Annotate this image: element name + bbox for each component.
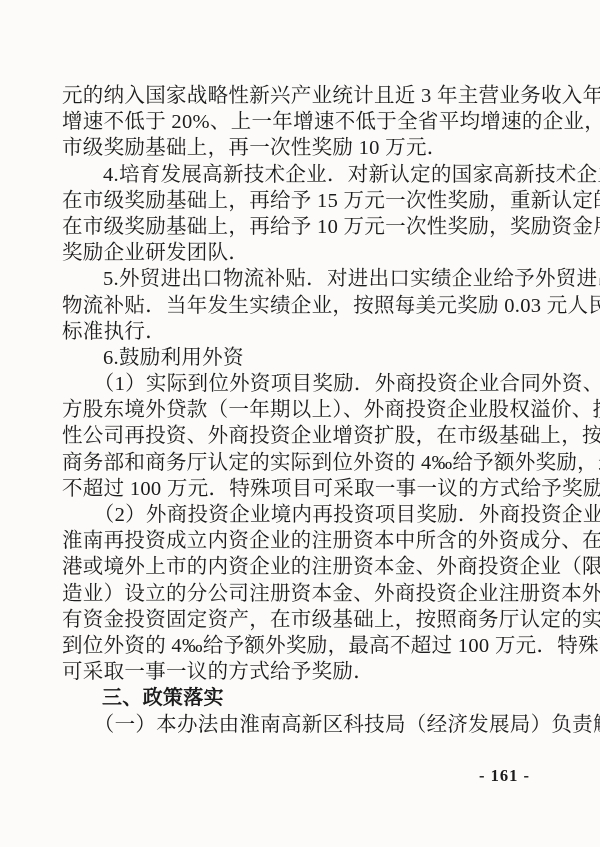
text-line: 港或境外上市的内资企业的注册资本金、外商投资企业（限制 (62, 554, 540, 580)
body-text-block: 元的纳入国家战略性新兴产业统计且近 3 年主营业务收入年均 增速不低于 20%、… (62, 83, 540, 738)
page-number: - 161 - (452, 766, 557, 786)
text-line: （2）外商投资企业境内再投资项目奖励．外商投资企业在 (62, 502, 540, 528)
text-line: 可采取一事一议的方式给予奖励． (62, 659, 540, 685)
text-line: 造业）设立的分公司注册资本金、外商投资企业注册资本外自 (62, 581, 540, 607)
text-line: 在市级奖励基础上，再给予 10 万元一次性奖励，奖励资金用于 (62, 214, 540, 240)
text-line: 性公司再投资、外商投资企业增资扩股，在市级基础上，按照 (62, 423, 540, 449)
document-page: 元的纳入国家战略性新兴产业统计且近 3 年主营业务收入年均 增速不低于 20%、… (0, 0, 600, 847)
text-line: 在市级奖励基础上，再给予 15 万元一次性奖励，重新认定的， (62, 188, 540, 214)
text-line: 有资金投资固定资产，在市级基础上，按照商务厅认定的实际 (62, 607, 540, 633)
text-line: （一）本办法由淮南高新区科技局（经济发展局）负责解释． (62, 712, 540, 738)
text-line: 方股东境外贷款（一年期以上）、外商投资企业股权溢价、投资 (62, 397, 540, 423)
text-line: 标准执行． (62, 319, 540, 345)
text-line: 不超过 100 万元．特殊项目可采取一事一议的方式给予奖励． (62, 476, 540, 502)
text-line: 6.鼓励利用外资 (62, 345, 540, 371)
text-line: 淮南再投资成立内资企业的注册资本中所含的外资成分、在香 (62, 528, 540, 554)
text-line: 元的纳入国家战略性新兴产业统计且近 3 年主营业务收入年均 (62, 83, 540, 109)
text-line: 到位外资的 4‰给予额外奖励，最高不超过 100 万元．特殊项目 (62, 633, 540, 659)
text-line: 商务部和商务厅认定的实际到位外资的 4‰给予额外奖励，最高 (62, 450, 540, 476)
text-line: 奖励企业研发团队． (62, 240, 540, 266)
text-line: 5.外贸进出口物流补贴．对进出口实绩企业给予外贸进出口 (62, 266, 540, 292)
text-line: 物流补贴．当年发生实绩企业，按照每美元奖励 0.03 元人民币 (62, 293, 540, 319)
text-line: 增速不低于 20%、上一年增速不低于全省平均增速的企业，在 (62, 109, 540, 135)
text-line: 市级奖励基础上，再一次性奖励 10 万元． (62, 135, 540, 161)
text-line: 4.培育发展高新技术企业．对新认定的国家高新技术企业， (62, 162, 540, 188)
text-line: （1）实际到位外资项目奖励．外商投资企业合同外资、外 (62, 371, 540, 397)
section-heading: 三、政策落实 (62, 685, 540, 711)
